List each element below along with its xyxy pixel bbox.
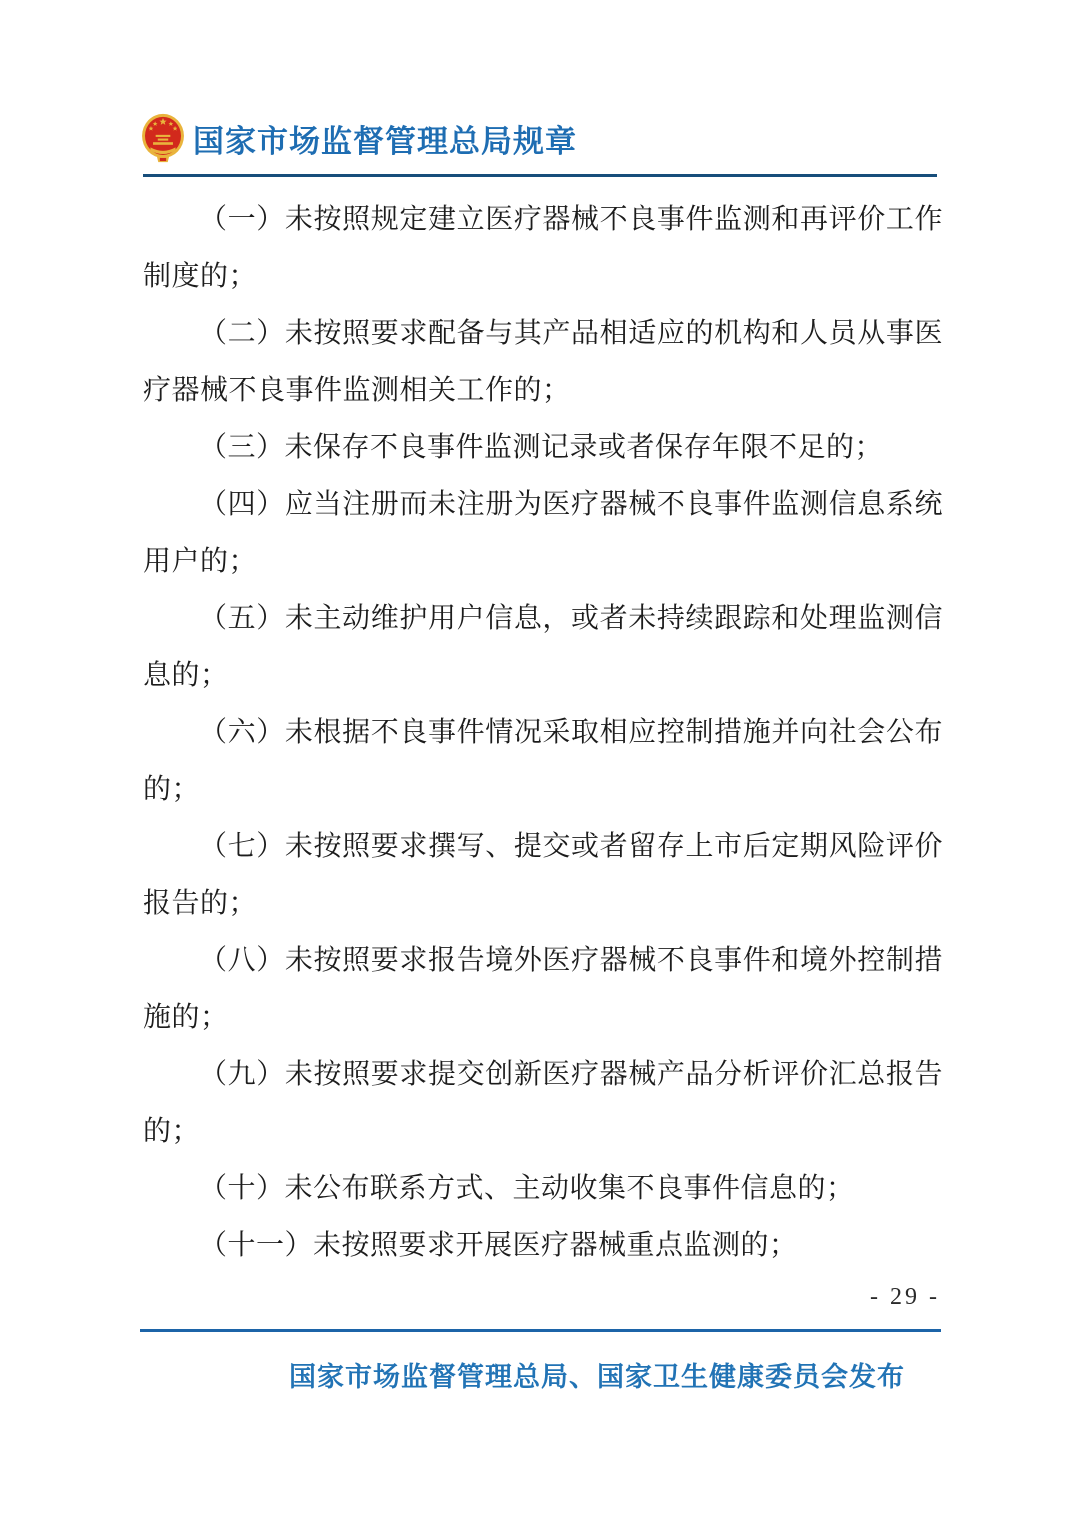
- body-paragraph: （六）未根据不良事件情况采取相应控制措施并向社会公布的；: [143, 704, 943, 818]
- page-number: - 29 -: [143, 1284, 940, 1311]
- body-paragraph: （十）未公布联系方式、主动收集不良事件信息的；: [143, 1160, 943, 1217]
- national-emblem-icon: [141, 112, 185, 164]
- body-paragraph: （四）应当注册而未注册为医疗器械不良事件监测信息系统用户的；: [143, 476, 943, 590]
- publisher-line: 国家市场监督管理总局、国家卫生健康委员会发布: [140, 1355, 941, 1394]
- body-paragraph: （三）未保存不良事件监测记录或者保存年限不足的；: [143, 419, 943, 476]
- body-paragraph: （七）未按照要求撰写、提交或者留存上市后定期风险评价报告的；: [143, 818, 943, 932]
- body-paragraph: （十一）未按照要求开展医疗器械重点监测的；: [143, 1217, 943, 1274]
- header-title: 国家市场监督管理总局规章: [193, 116, 577, 161]
- body-paragraph: （九）未按照要求提交创新医疗器械产品分析评价汇总报告的；: [143, 1046, 943, 1160]
- body-paragraph: （一）未按照规定建立医疗器械不良事件监测和再评价工作制度的；: [143, 191, 943, 305]
- document-body: （一）未按照规定建立医疗器械不良事件监测和再评价工作制度的；（二）未按照要求配备…: [143, 191, 943, 1274]
- header-rule: [143, 174, 937, 177]
- document-page: 国家市场监督管理总局规章 （一）未按照规定建立医疗器械不良事件监测和再评价工作制…: [0, 0, 1074, 1520]
- body-paragraph: （二）未按照要求配备与其产品相适应的机构和人员从事医疗器械不良事件监测相关工作的…: [143, 305, 943, 419]
- body-paragraph: （八）未按照要求报告境外医疗器械不良事件和境外控制措施的；: [143, 932, 943, 1046]
- document-header: 国家市场监督管理总局规章: [141, 112, 577, 164]
- body-paragraph: （五）未主动维护用户信息，或者未持续跟踪和处理监测信息的；: [143, 590, 943, 704]
- footer-rule: [140, 1329, 941, 1332]
